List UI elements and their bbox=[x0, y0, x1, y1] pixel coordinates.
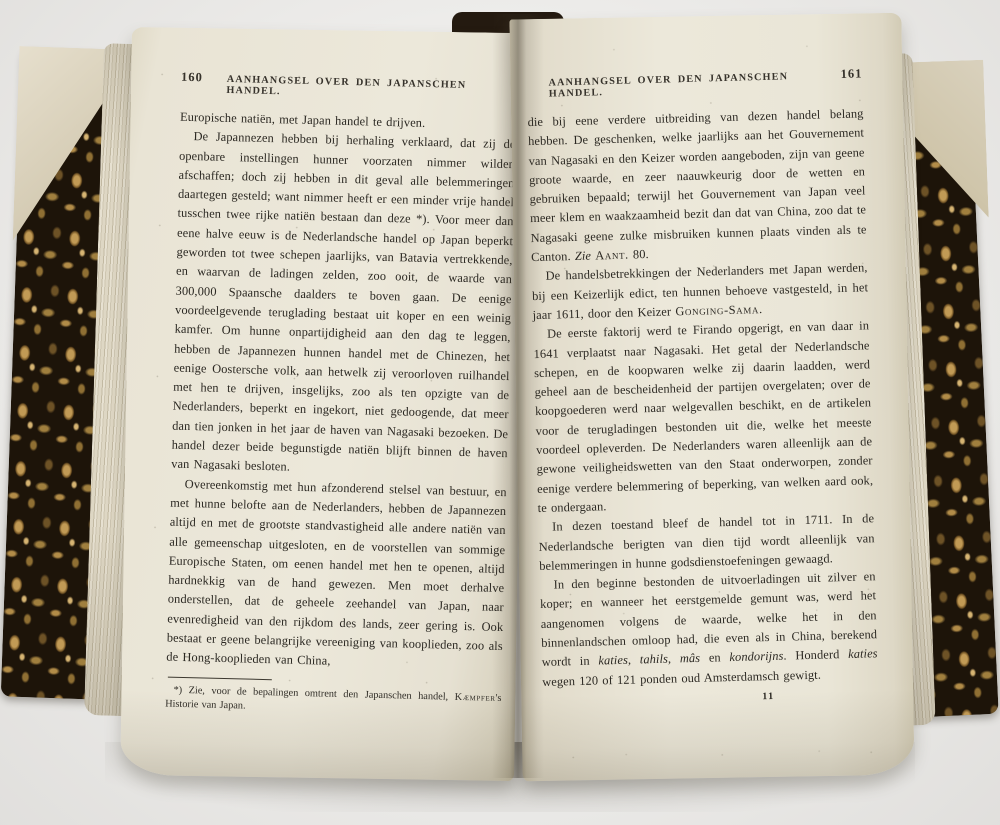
paragraph: *) Zie, voor de bepalingen omtrent den J… bbox=[165, 683, 502, 720]
page-right: AANHANGSEL OVER DEN JAPANSCHEN HANDEL. 1… bbox=[509, 13, 914, 782]
paragraph: De Japannezen hebben bij herhaling verkl… bbox=[171, 127, 516, 483]
page-right-content: AANHANGSEL OVER DEN JAPANSCHEN HANDEL. 1… bbox=[526, 66, 878, 707]
running-title-right: AANHANGSEL OVER DEN JAPANSCHEN HANDEL. bbox=[548, 70, 823, 99]
paragraph: Overeenkomstig met hun afzonderend stels… bbox=[166, 474, 507, 675]
footnote-rule bbox=[168, 676, 272, 680]
footnote: *) Zie, voor de bepalingen omtrent den J… bbox=[165, 683, 502, 720]
page-body-right: die bij eene verdere uitbreiding van dez… bbox=[527, 104, 878, 692]
page-header-left: 160 AANHANGSEL OVER DEN JAPANSCHEN HANDE… bbox=[181, 70, 518, 103]
page-left-content: 160 AANHANGSEL OVER DEN JAPANSCHEN HANDE… bbox=[165, 70, 517, 721]
signature-mark: 11 bbox=[543, 688, 879, 708]
page-number-right: 161 bbox=[840, 66, 862, 82]
paragraph: In dezen toestand bleef de handel tot in… bbox=[538, 509, 875, 576]
paragraph: In den beginne bestonden de uitvoerladin… bbox=[539, 567, 878, 692]
paragraph: De eerste faktorij werd te Firando opger… bbox=[533, 317, 874, 519]
running-title-left: AANHANGSEL OVER DEN JAPANSCHEN HANDEL. bbox=[226, 74, 517, 103]
page-number-left: 160 bbox=[181, 70, 203, 86]
paragraph: De handelsbetrekkingen der Nederlanders … bbox=[531, 259, 868, 326]
paragraph: die bij eene verdere uitbreiding van dez… bbox=[527, 104, 867, 267]
page-left: 160 AANHANGSEL OVER DEN JAPANSCHEN HANDE… bbox=[120, 27, 526, 781]
page-header-right: AANHANGSEL OVER DEN JAPANSCHEN HANDEL. 1… bbox=[526, 66, 863, 100]
book-photo: 160 AANHANGSEL OVER DEN JAPANSCHEN HANDE… bbox=[0, 0, 1000, 825]
page-body-left: Europische natiën, met Japan handel te d… bbox=[166, 108, 516, 676]
